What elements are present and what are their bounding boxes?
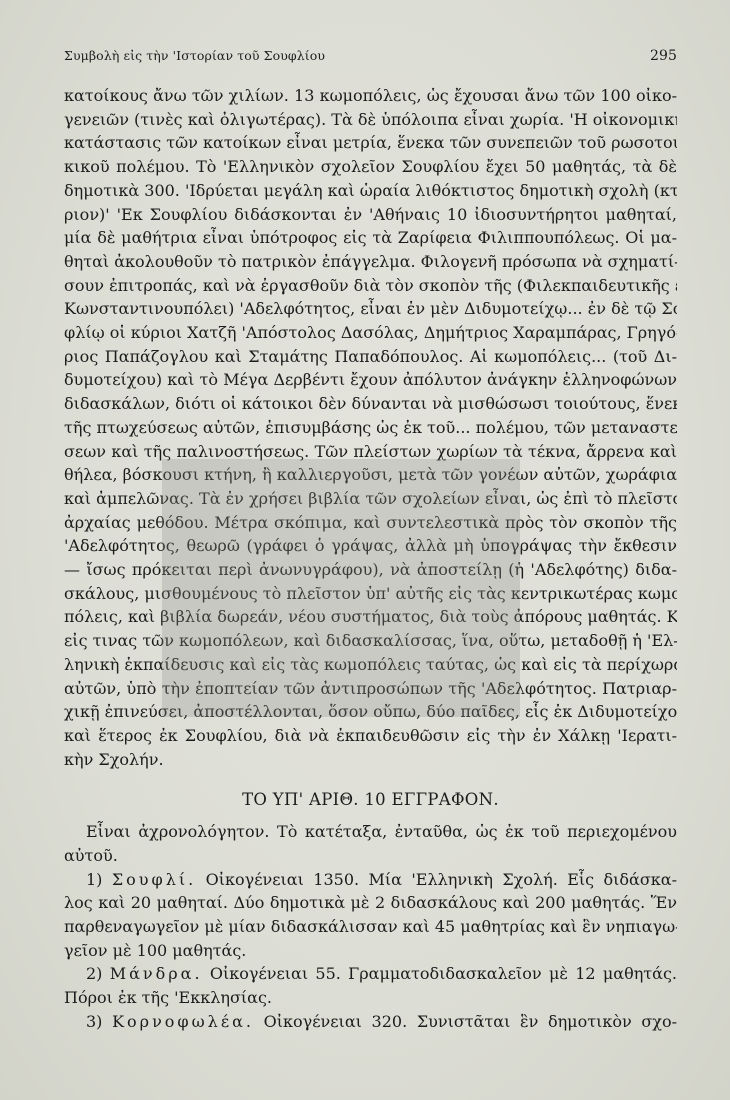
entry-first-line: 3) Κορνοφωλέα. Οἰκογένειαι 320. Συνιστᾶτ… (64, 1010, 677, 1034)
text-line: τῆς πτωχεύσεως αὐτῶν, ἐπισυμβάσης ὡς ἐκ … (64, 416, 677, 440)
running-title: Συμβολὴ εἰς τὴν 'Ιστορίαν τοῦ Σουφλίου (64, 48, 325, 63)
text-line: μία δὲ μαθήτρια εἶναι ὑπότροφος εἰς τὰ Ζ… (64, 226, 677, 250)
text-line: σεων καὶ τῆς παλινοστήσεως. Τῶν πλείστων… (64, 440, 677, 464)
text-line: κὴν Σχολήν. (64, 748, 677, 772)
entry-place: Κορνοφωλέα. (112, 1012, 254, 1031)
text-line: αὐτῶν, ὑπὸ τὴν ἐποπτείαν τῶν ἀντιπροσώπω… (64, 677, 677, 701)
text-line: Εἶναι ἀχρονολόγητον. Τὸ κατέταξα, ἐνταῦθ… (64, 820, 677, 844)
text-line: ριος Παπάζογλου καὶ Σταμάτης Παπαδόπουλο… (64, 345, 677, 369)
text-line: διδασκάλων, διότι οἱ κάτοικοι δὲν δύναντ… (64, 392, 677, 416)
text-line: λος καὶ 20 μαθηταί. Δύο δημοτικὰ μὲ 2 δι… (64, 891, 677, 915)
text-line: ριον)' 'Εκ Σουφλίου διδάσκονται ἐν 'Αθήν… (64, 203, 677, 227)
text-line: 'Αδελφότητος, θεωρῶ (γράφει ὁ γράψας, ἀλ… (64, 534, 677, 558)
text-line: δημοτικὰ 300. 'Ιδρύεται μεγάλη καὶ ὡραία… (64, 179, 677, 203)
text-line: καὶ ἕτερος ἐκ Σουφλίου, διὰ νὰ ἐκπαιδευθ… (64, 724, 677, 748)
text-line: — ἴσως πρόκειται περὶ ἀνωνυγράφου), νὰ ἀ… (64, 558, 677, 582)
text-line: φλίῳ οἱ κύριοι Χατζῆ 'Απόστολος Δασόλας,… (64, 321, 677, 345)
text-line: κατάστασις τῶν κατοίκων εἶναι μετρία, ἕν… (64, 131, 677, 155)
entry-text: Οἰκογένειαι 1350. Μία 'Ελληνικὴ Σχολή. Ε… (206, 870, 677, 889)
entry-number: 1) (86, 870, 102, 889)
entry-first-line: 1) Σουφλί. Οἰκογένειαι 1350. Μία 'Ελληνι… (64, 868, 677, 892)
text-line: Κωνσταντινουπόλει) 'Αδελφότητος, εἶναι ἐ… (64, 297, 677, 321)
text-line: γενειῶν (τινὲς καὶ ὀλιγωτέρας). Τὰ δὲ ὑπ… (64, 108, 677, 132)
text-line: παρθεναγωγεῖον μὲ μίαν διδασκάλισσαν καὶ… (64, 915, 677, 939)
text-line: εἰς τινας τῶν κωμοπόλεων, καὶ διδασκαλίσ… (64, 629, 677, 653)
entry-number: 2) (86, 964, 102, 983)
text-line: αὐτοῦ. (64, 844, 677, 868)
text-line: θήλεα, βόσκουσι κτήνη, ἢ καλλιεργοῦσι, μ… (64, 463, 677, 487)
body-text: κατοίκους ἄνω τῶν χιλίων. 13 κωμοπόλεις,… (64, 84, 677, 1033)
text-line: καὶ ἀμπελῶνας. Τὰ ἐν χρήσει βιβλία τῶν σ… (64, 487, 677, 511)
text-line: σκάλους, μισθουμένους τὸ πλεῖστον ὑπ' αὐ… (64, 582, 677, 606)
text-line: ἀρχαίας μεθόδου. Μέτρα σκόπιμα, καὶ συντ… (64, 511, 677, 535)
text-line: γεῖον μὲ 100 μαθητάς. (64, 939, 677, 963)
text-line: θηταὶ ἀκολουθοῦν τὸ πατρικὸν ἐπάγγελμα. … (64, 250, 677, 274)
text-line: πόλεις, καὶ βιβλία δωρεάν, νέου συστήματ… (64, 605, 677, 629)
text-line: κατοίκους ἄνω τῶν χιλίων. 13 κωμοπόλεις,… (64, 84, 677, 108)
text-line: χικῇ ἐπινεύσει, ἀποστέλλονται, ὅσον οὔπω… (64, 700, 677, 724)
entry-number: 3) (86, 1012, 102, 1031)
entry-place: Μάνδρα. (110, 964, 203, 983)
text-line: σουν ἐπιτροπάς, καὶ νὰ ἐργασθοῦν διὰ τὸν… (64, 274, 677, 298)
text-line: Πόροι ἐκ τῆς 'Εκκλησίας. (64, 986, 677, 1010)
text-line: κικοῦ πολέμου. Τὸ 'Ελληνικὸν σχολεῖον Σο… (64, 155, 677, 179)
section-heading: ΤΟ ΥΠ' ΑΡΙΘ. 10 ΕΓΓΡΑΦΟΝ. (64, 788, 677, 812)
text-line: δυμοτείχου) καὶ τὸ Μέγα Δερβέντι ἔχουν ἀ… (64, 368, 677, 392)
entry-soufli: 1) Σουφλί. Οἰκογένειαι 1350. Μία 'Ελληνι… (64, 868, 677, 963)
paragraph-1: κατοίκους ἄνω τῶν χιλίων. 13 κωμοπόλεις,… (64, 84, 677, 771)
scanned-page: Συμβολὴ εἰς τὴν 'Ιστορίαν τοῦ Σουφλίου 2… (0, 0, 730, 1100)
entry-kornofolea: 3) Κορνοφωλέα. Οἰκογένειαι 320. Συνιστᾶτ… (64, 1010, 677, 1034)
entry-mandra: 2) Μάνδρα. Οἰκογένειαι 55. Γραμματοδιδασ… (64, 962, 677, 1009)
entry-place: Σουφλί. (112, 870, 196, 889)
text-line: ληνικὴ ἐκπαίδευσις καὶ εἰς τὰς κωμοπόλει… (64, 653, 677, 677)
page-number: 295 (650, 48, 677, 64)
paragraph-2: Εἶναι ἀχρονολόγητον. Τὸ κατέταξα, ἐνταῦθ… (64, 820, 677, 867)
entry-first-line: 2) Μάνδρα. Οἰκογένειαι 55. Γραμματοδιδασ… (64, 962, 677, 986)
entry-text: Οἰκογένειαι 55. Γραμματοδιδασκαλεῖον μὲ … (210, 964, 677, 983)
entry-text: Οἰκογένειαι 320. Συνιστᾶται ἓν δημοτικὸν… (264, 1012, 677, 1031)
